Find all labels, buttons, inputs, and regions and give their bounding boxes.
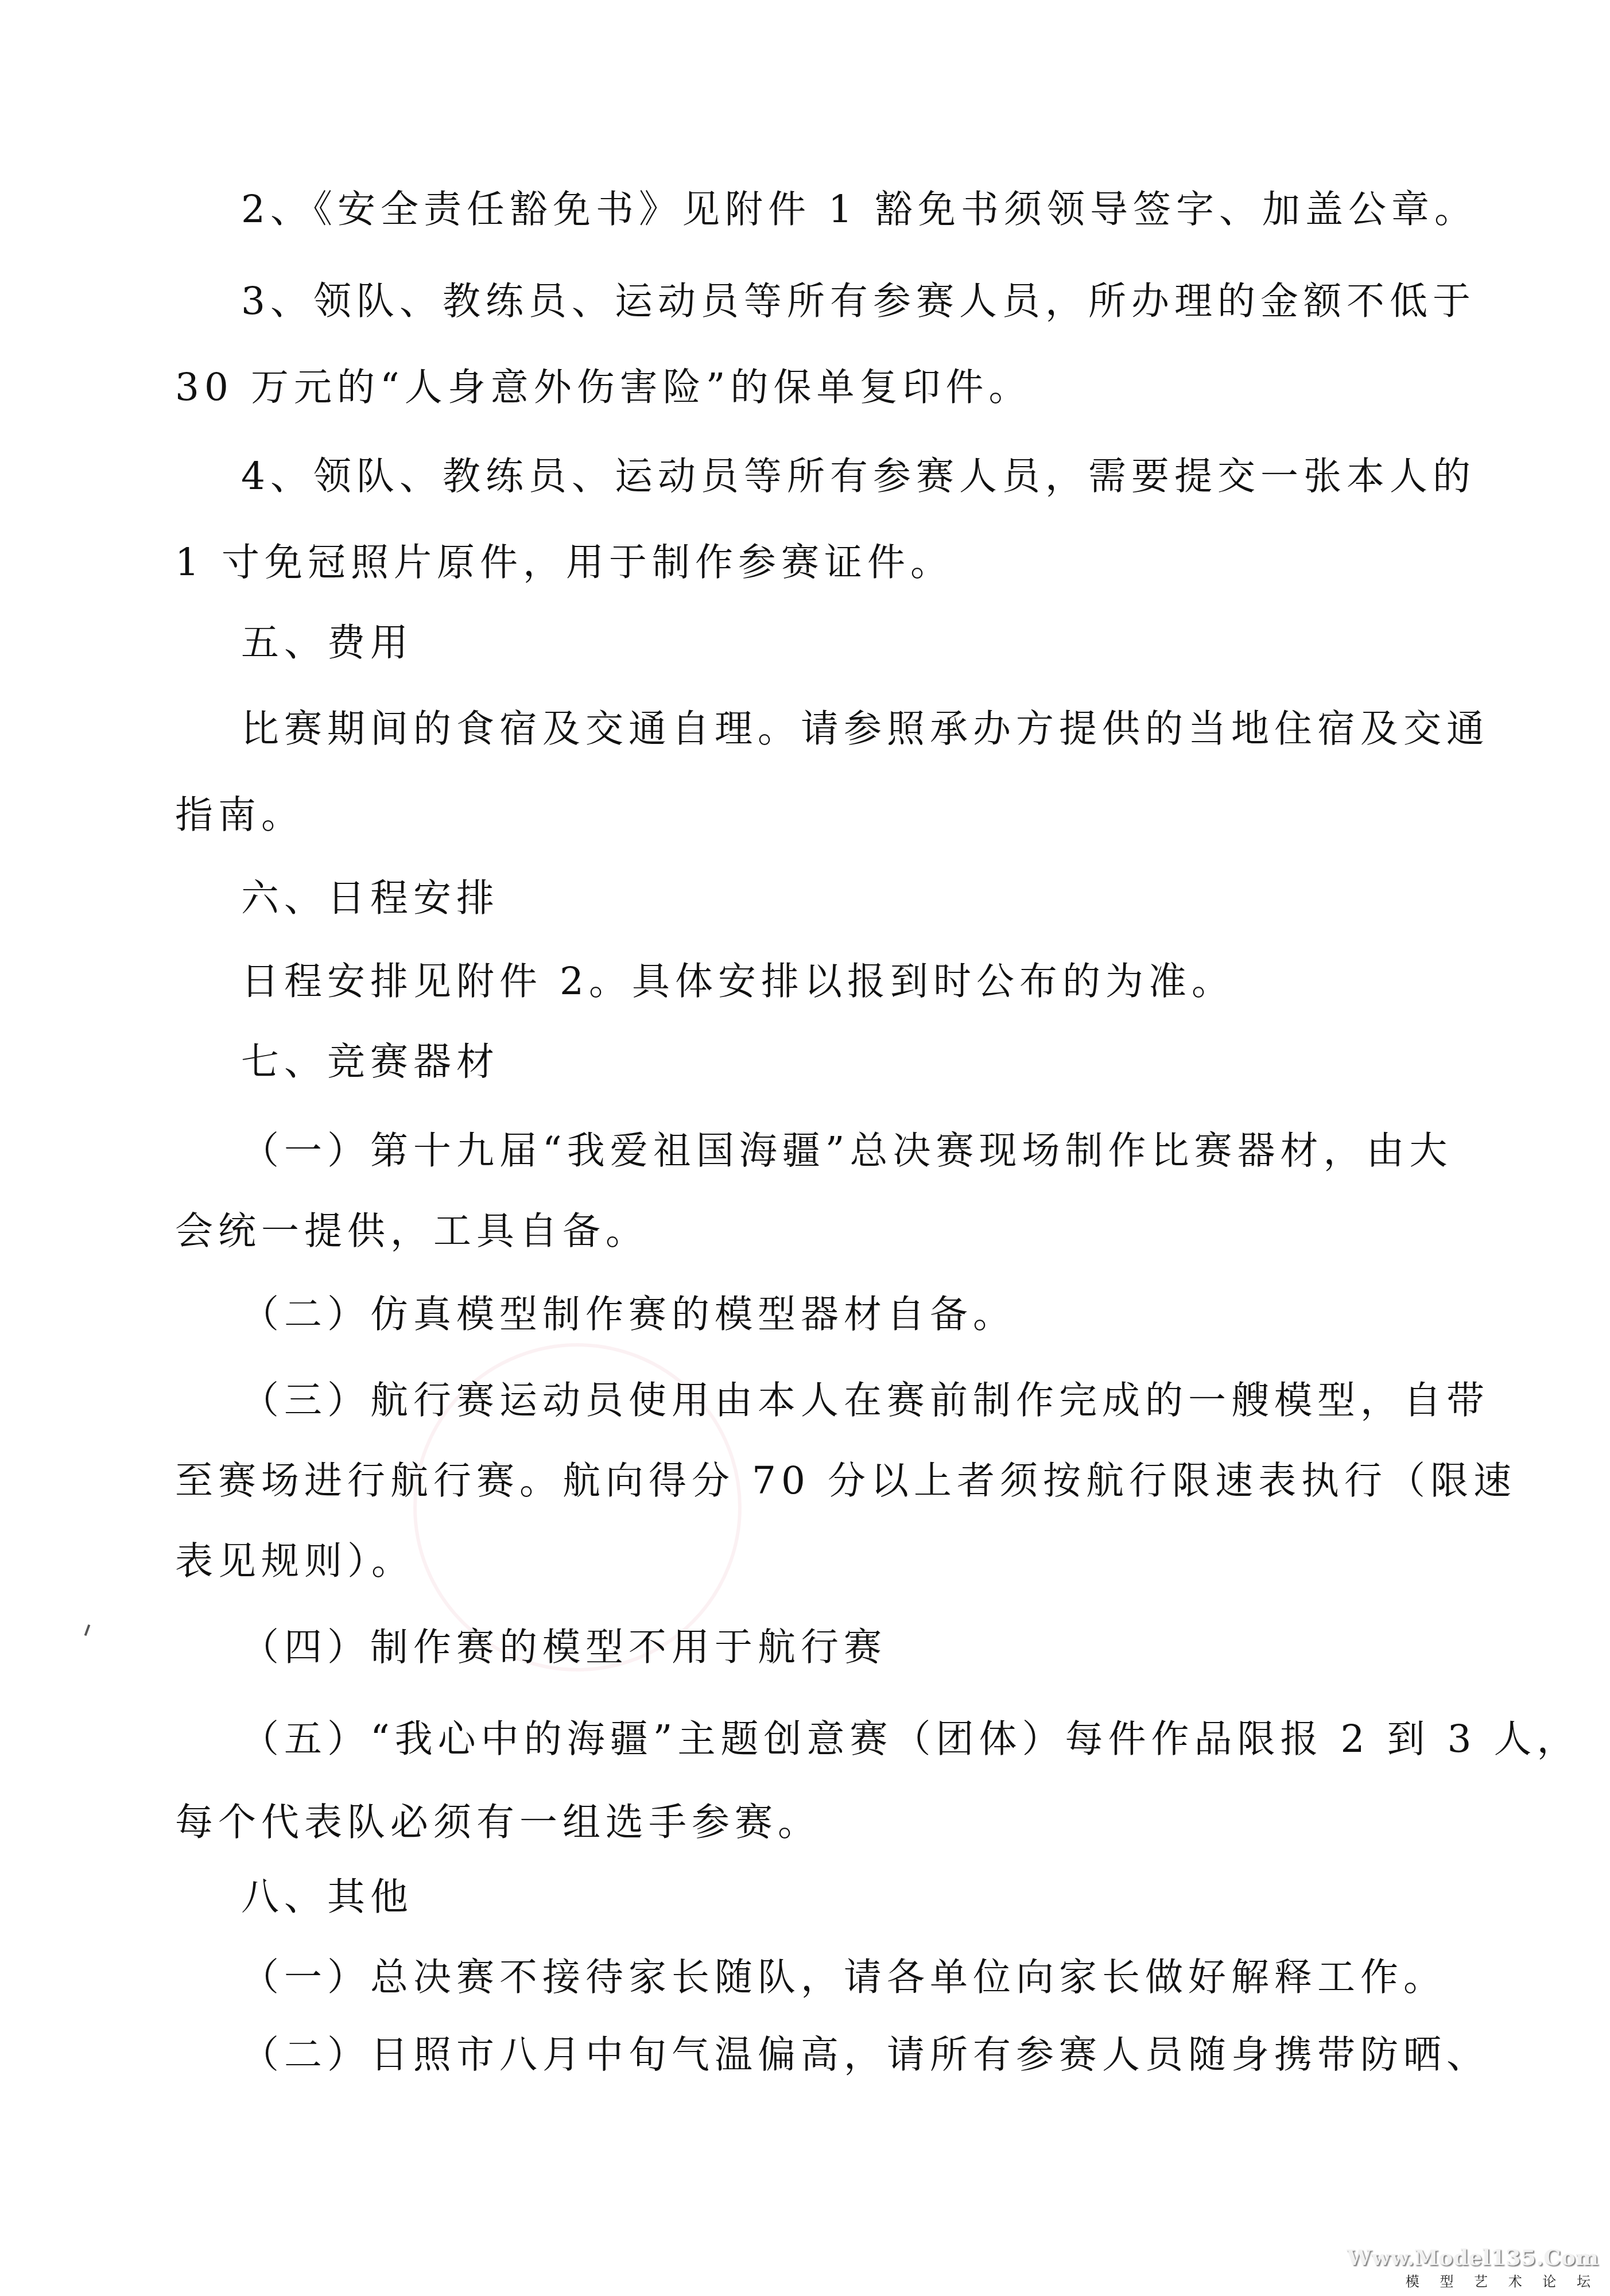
text-line-8: 指南。 <box>175 789 304 841</box>
text-line-10: 日程安排见附件 2。具体安排以报到时公布的为准。 <box>241 956 1235 1007</box>
text-line-22: （一）总决赛不接待家长随队，请各单位向家长做好解释工作。 <box>241 1952 1446 2003</box>
section-heading-schedule: 六、日程安排 <box>241 872 499 924</box>
section-heading-equipment: 七、竞赛器材 <box>241 1036 499 1088</box>
text-line-5: 1 寸免冠照片原件，用于制作参赛证件。 <box>175 537 953 588</box>
site-watermark: Www.Model135.Com 模 型 艺 术 论 坛 <box>1347 2244 1599 2290</box>
text-line-2: 3、领队、教练员、运动员等所有参赛人员，所办理的金额不低于 <box>241 276 1476 327</box>
text-line-7: 比赛期间的食宿及交通自理。请参照承办方提供的当地住宿及交通 <box>241 703 1489 755</box>
text-line-12: （一）第十九届“我爱祖国海疆”总决赛现场制作比赛器材，由大 <box>241 1125 1452 1177</box>
text-line-20: 每个代表队必须有一组选手参赛。 <box>175 1797 821 1848</box>
watermark-url: Www.Model135.Com <box>1347 2244 1599 2270</box>
scan-mark <box>84 1624 91 1636</box>
text-line-15: （三）航行赛运动员使用由本人在赛前制作完成的一艘模型，自带 <box>241 1375 1489 1426</box>
section-heading-fees: 五、费用 <box>241 617 413 669</box>
section-heading-other: 八、其他 <box>241 1871 413 1923</box>
text-line-3: 30 万元的“人身意外伤害险”的保单复印件。 <box>175 362 1031 413</box>
text-line-1: 2、《安全责任豁免书》见附件 1 豁免书须领导签字、加盖公章。 <box>241 184 1477 235</box>
watermark-caption: 模 型 艺 术 论 坛 <box>1347 2270 1599 2290</box>
text-line-19: （五）“我心中的海疆”主题创意赛（团体）每件作品限报 2 到 3 人， <box>241 1713 1580 1765</box>
text-line-17: 表见规则）。 <box>175 1535 414 1587</box>
text-line-23: （二）日照市八月中旬气温偏高，请所有参赛人员随身携带防晒、 <box>241 2029 1489 2081</box>
text-line-16: 至赛场进行航行赛。航向得分 70 分以上者须按航行限速表执行（限速 <box>175 1455 1516 1507</box>
text-line-4: 4、领队、教练员、运动员等所有参赛人员，需要提交一张本人的 <box>241 451 1476 502</box>
document-page: 2、《安全责任豁免书》见附件 1 豁免书须领导签字、加盖公章。 3、领队、教练员… <box>0 0 1610 2296</box>
text-line-14: （二）仿真模型制作赛的模型器材自备。 <box>241 1289 1016 1340</box>
text-line-13: 会统一提供，工具自备。 <box>175 1205 649 1257</box>
text-line-18: （四）制作赛的模型不用于航行赛 <box>241 1622 887 1673</box>
